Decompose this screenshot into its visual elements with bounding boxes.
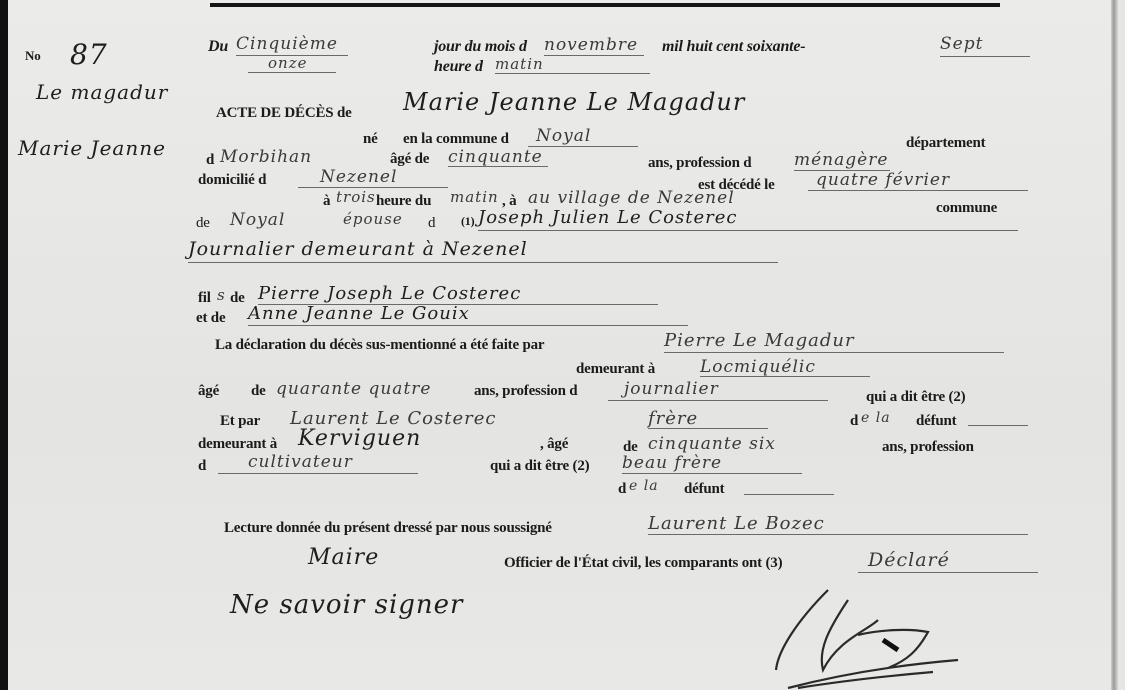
hw-birth-commune: Noyal xyxy=(536,126,591,146)
printed-de-father: de xyxy=(230,290,245,307)
printed-et-de: et de xyxy=(196,310,225,327)
printed-de-2: de xyxy=(251,383,266,400)
hw-deceased-name: Marie Jeanne Le Magadur xyxy=(403,88,745,116)
number-label: No xyxy=(25,48,41,64)
printed-demeurant-a: demeurant à xyxy=(576,361,655,378)
death-certificate-page: No 87 Du Cinquième jour du mois d novemb… xyxy=(8,0,1118,690)
scan-right-border xyxy=(1111,0,1118,690)
printed-age-comma: , âgé xyxy=(540,436,568,453)
hw-death-hour: trois xyxy=(336,188,376,206)
hw-death-period: matin xyxy=(450,188,499,206)
hw-age: cinquante xyxy=(448,147,543,167)
hw-declaration-status: Déclaré xyxy=(868,549,950,571)
hw-commune: Noyal xyxy=(230,210,285,230)
printed-age-de: âgé de xyxy=(390,151,429,168)
hw-declarant1-relation: frère xyxy=(648,408,698,429)
hw-domicile: Nezenel xyxy=(320,167,397,187)
margin-given-name: Marie Jeanne xyxy=(18,136,166,160)
hw-spouse-name: Joseph Julien Le Costerec xyxy=(478,207,737,228)
hw-declarant1-age: quarante quatre xyxy=(276,379,431,399)
printed-d-la-2: d xyxy=(618,481,626,498)
hw-profession: ménagère xyxy=(794,150,888,170)
hw-death-day: quatre février xyxy=(816,170,950,190)
hw-declarant2-residence: Kerviguen xyxy=(298,426,421,451)
hw-officer-title: Maire xyxy=(308,545,379,570)
printed-d: d xyxy=(206,152,214,169)
printed-profession: ans, profession d xyxy=(648,155,751,172)
scan-left-border xyxy=(0,0,8,690)
hw-hour: onze xyxy=(268,54,307,72)
hw-la-2: e la xyxy=(629,478,659,494)
printed-qui-a-dit-etre: qui a dit être (2) xyxy=(866,389,965,406)
hw-mother: Anne Jeanne Le Gouix xyxy=(248,303,470,324)
mayor-signature-icon xyxy=(758,580,998,690)
printed-acte-de-deces: ACTE DE DÉCÈS de xyxy=(216,105,352,122)
printed-et-par: Et par xyxy=(220,413,260,430)
top-rule xyxy=(210,3,1000,7)
hw-spouse-occupation: Journalier demeurant à Nezenel xyxy=(188,238,528,260)
printed-declaration: La déclaration du décès sus-mentionné a … xyxy=(215,337,544,354)
printed-qui-a-dit-etre-2: qui a dit être (2) xyxy=(490,458,589,475)
printed-d-spouse: d xyxy=(428,215,435,232)
margin-surname: Le magadur xyxy=(36,80,168,104)
hw-fils-suffix: s xyxy=(217,286,226,304)
hw-department: Morbihan xyxy=(220,147,312,167)
hw-father: Pierre Joseph Le Costerec xyxy=(258,283,521,304)
printed-a: à xyxy=(323,193,330,210)
record-number: 87 xyxy=(70,38,108,71)
printed-ne: né xyxy=(363,131,378,148)
hw-month: novembre xyxy=(544,35,638,55)
printed-jour-du-mois: jour du mois d xyxy=(434,38,527,56)
printed-fils: fil xyxy=(198,290,211,307)
hw-declarant2-age: cinquante six xyxy=(648,434,776,454)
printed-defunt: défunt xyxy=(916,413,956,430)
hw-year: Sept xyxy=(940,34,983,54)
hw-declarant2-profession: cultivateur xyxy=(248,452,353,472)
hw-declarant2-relation: beau frère xyxy=(622,453,722,473)
printed-profession-2: ans, profession d xyxy=(474,383,577,400)
hw-day: Cinquième xyxy=(236,34,338,54)
printed-commune: en la commune d xyxy=(403,131,509,148)
printed-mil-huit-cent: mil huit cent soixante- xyxy=(662,38,805,56)
hw-la-1: e la xyxy=(861,410,891,426)
printed-demeurant-a-2: demeurant à xyxy=(198,436,277,453)
hw-officer-name: Laurent Le Bozec xyxy=(648,513,825,534)
printed-du: Du xyxy=(208,38,228,56)
printed-heure: heure d xyxy=(434,58,483,76)
printed-officier: Officier de l'État civil, les comparants… xyxy=(504,555,782,572)
hw-spouse-prefix: épouse xyxy=(343,210,403,228)
printed-ref-1: (1) xyxy=(461,214,474,229)
hw-declarant1-profession: journalier xyxy=(624,379,719,399)
hw-death-place: au village de Nezenel xyxy=(528,188,735,208)
printed-heure-du: heure du xyxy=(376,193,431,210)
printed-profession-3: ans, profession xyxy=(882,439,974,456)
printed-lecture: Lecture donnée du présent dressé par nou… xyxy=(224,520,552,537)
printed-d-3: d xyxy=(198,458,206,475)
printed-d-la: d xyxy=(850,413,858,430)
printed-defunt-2: défunt xyxy=(684,481,724,498)
hw-not-signed: Ne savoir signer xyxy=(230,590,463,620)
hw-period: matin xyxy=(495,55,544,73)
printed-de: de xyxy=(196,215,210,232)
printed-commune-label: commune xyxy=(936,200,997,217)
hw-declarant1-name: Pierre Le Magadur xyxy=(664,330,855,351)
printed-age: âgé xyxy=(198,383,219,400)
printed-domicilie: domicilié d xyxy=(198,172,266,189)
printed-departement: département xyxy=(906,135,985,152)
hw-declarant1-residence: Locmiquélic xyxy=(700,357,816,377)
